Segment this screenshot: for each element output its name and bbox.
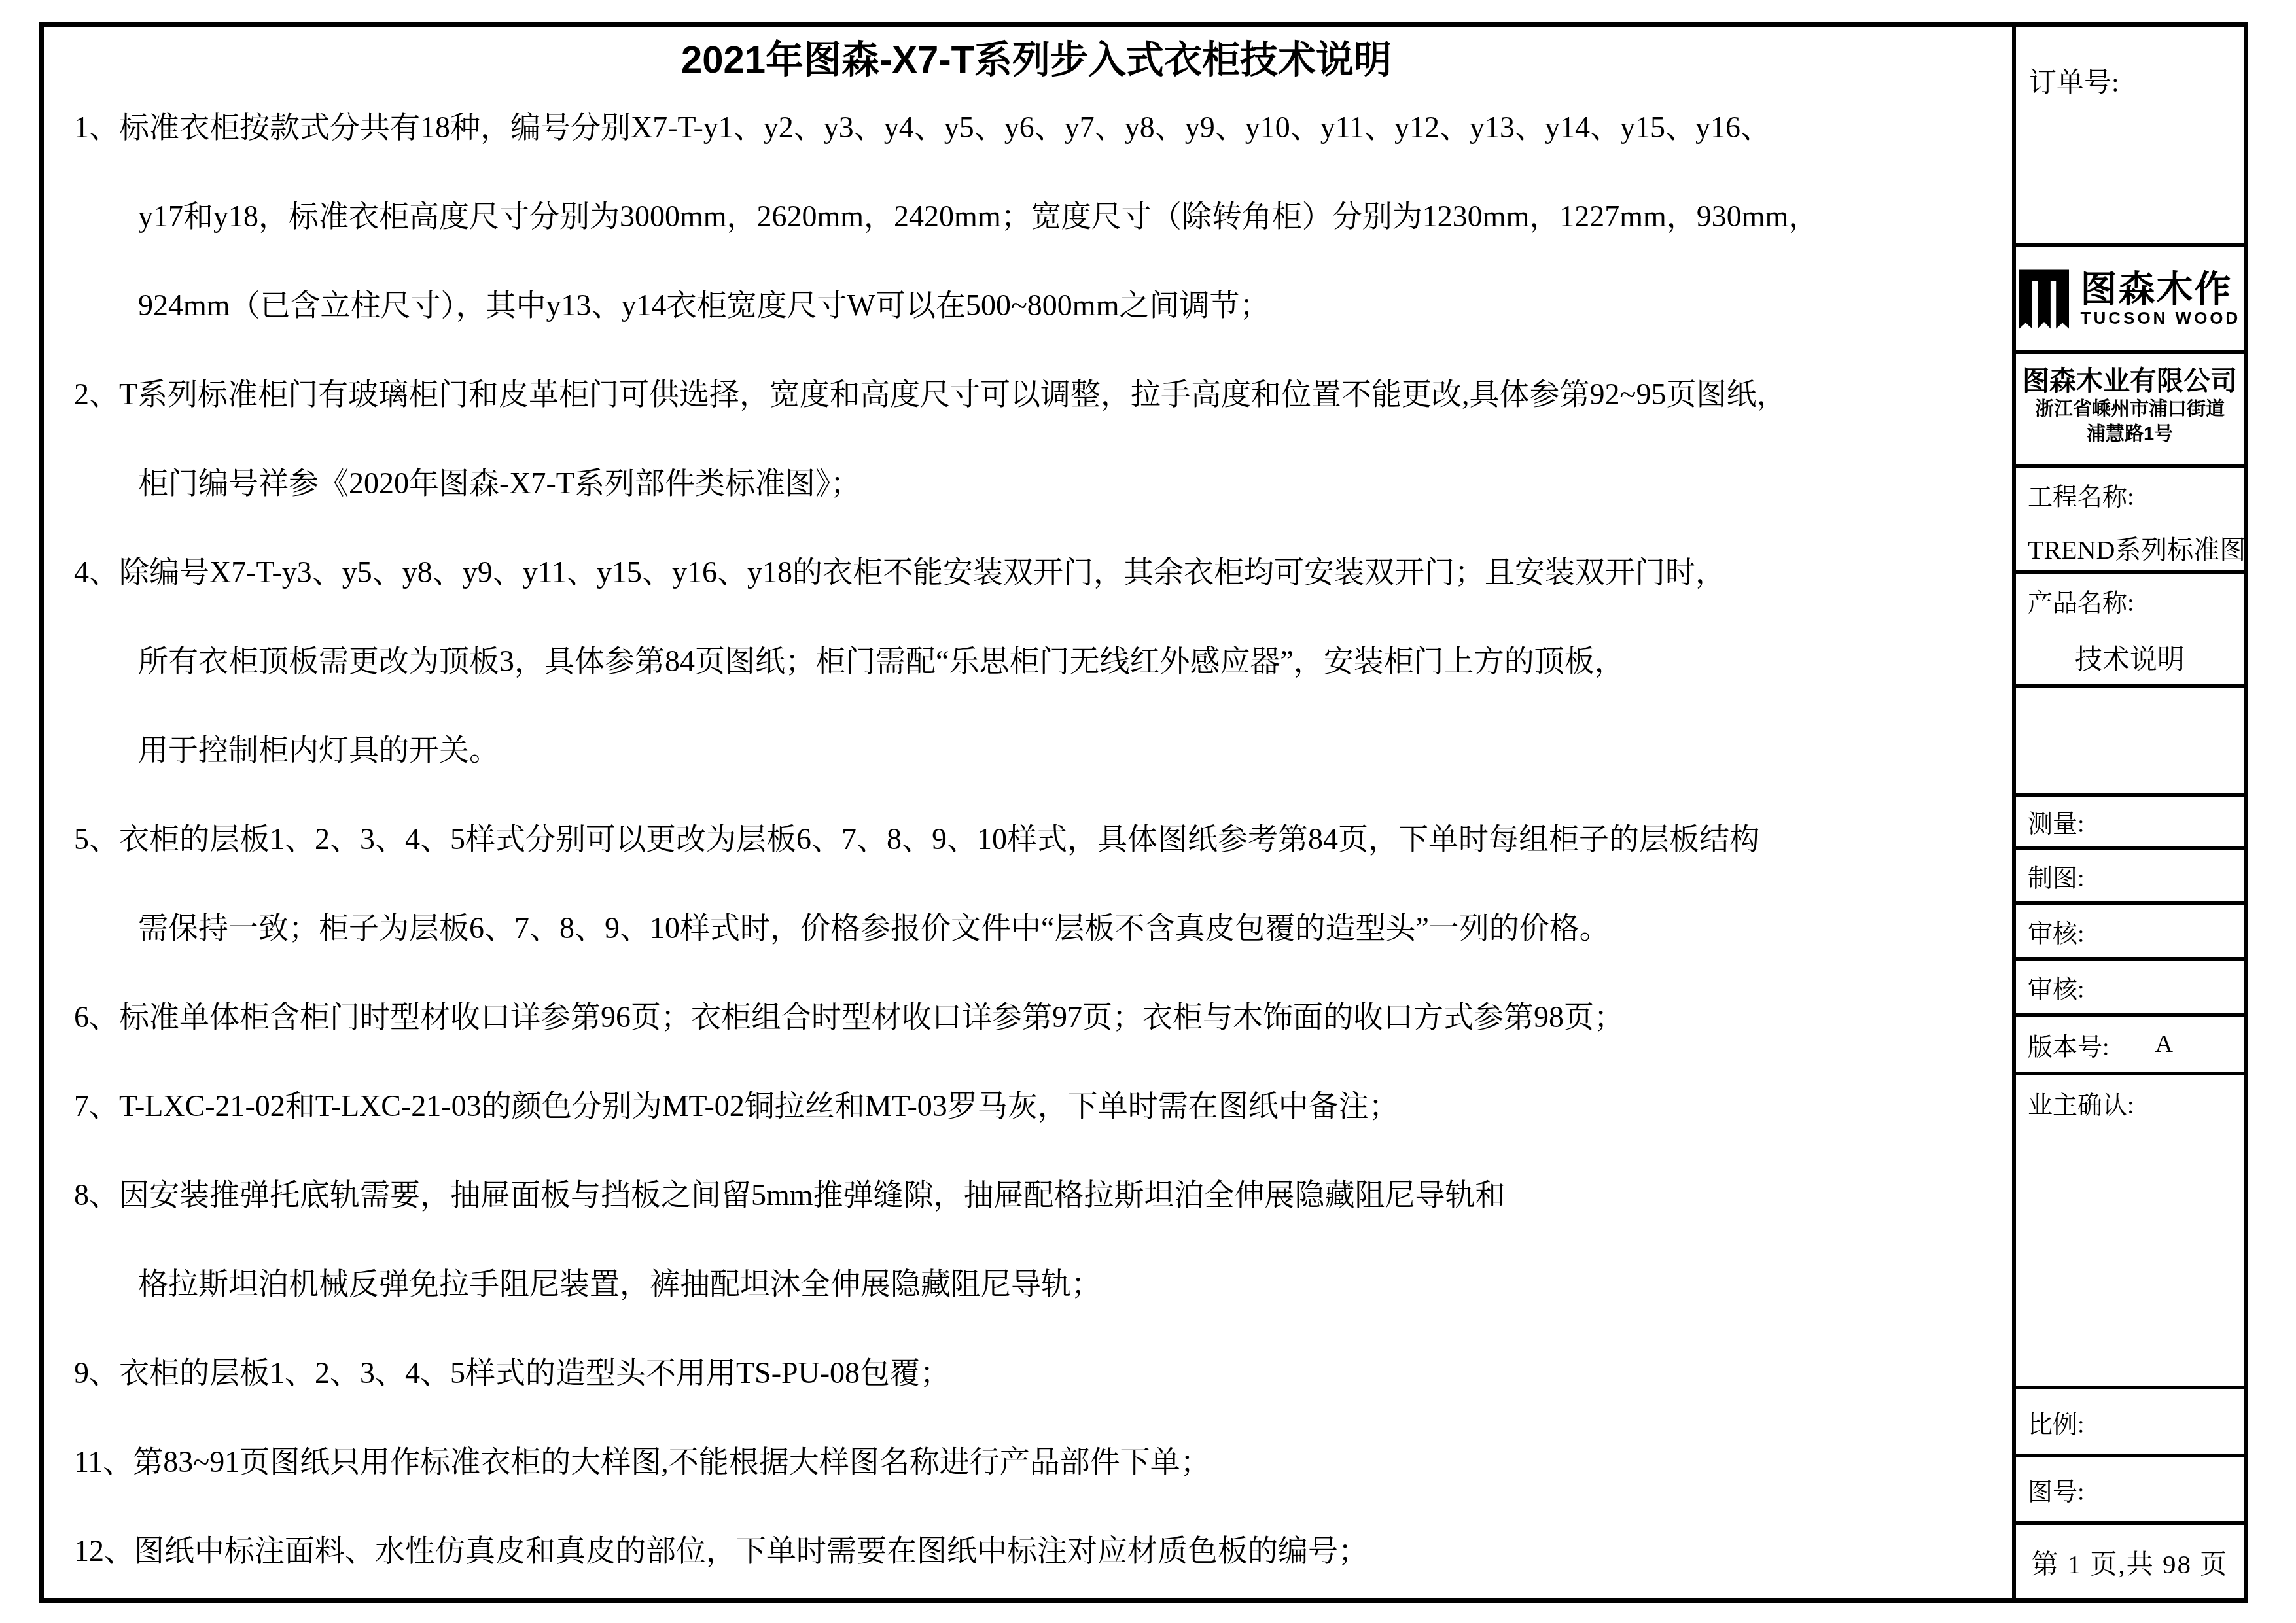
note-8-line-1: 8、因安装推弹托底轨需要，抽屉面板与挡板之间留5mm推弹缝隙，抽屉配格拉斯坦泊全… — [66, 1151, 2007, 1240]
logo-name-en: TUCSON WOOD — [2081, 308, 2241, 328]
logo-name-cn: 图森木作 — [2081, 270, 2233, 308]
note-7-line-1: 7、T-LXC-21-02和T-LXC-21-03的颜色分别为MT-02铜拉丝和… — [66, 1062, 2007, 1151]
review-cell-1: 审核: — [2016, 901, 2244, 957]
company-name: 图森木业有限公司 — [2016, 364, 2244, 397]
note-5-line-2: 需保持一致；柜子为层板6、7、8、9、10样式时，价格参报价文件中“层板不含真皮… — [66, 884, 2007, 973]
company-cell: 图森木业有限公司 浙江省嵊州市浦口街道 浦慧路1号 — [2016, 350, 2244, 464]
spare-cell — [2016, 684, 2244, 793]
scale-cell: 比例: — [2016, 1386, 2244, 1454]
note-6-line-1: 6、标准单体柜含柜门时型材收口详参第96页；衣柜组合时型材收口详参第97页；衣柜… — [66, 973, 2007, 1062]
version-label: 版本号: — [2028, 1026, 2110, 1062]
draft-label: 制图: — [2028, 858, 2085, 894]
review-label-2: 审核: — [2028, 969, 2085, 1005]
note-9-line-1: 9、衣柜的层板1、2、3、4、5样式的造型头不用用TS-PU-08包覆； — [66, 1329, 2007, 1418]
note-8-line-2: 格拉斯坦泊机械反弹免拉手阻尼装置，裤抽配坦沐全伸展隐藏阻尼导轨； — [66, 1240, 2007, 1329]
logo-cell: 图森木作 TUCSON WOOD — [2016, 243, 2244, 350]
review-cell-2: 审核: — [2016, 957, 2244, 1013]
note-12-line-1: 12、图纸中标注面料、水性仿真皮和真皮的部位，下单时需要在图纸中标注对应材质色板… — [66, 1507, 2007, 1596]
product-name-cell: 产品名称: 技术说明 — [2016, 570, 2244, 684]
drawing-sheet: 2021年图森-X7-T系列步入式衣柜技术说明 1、标准衣柜按款式分共有18种，… — [0, 0, 2296, 1623]
page-info: 第 1 页,共 98 页 — [2032, 1543, 2229, 1581]
draft-cell: 制图: — [2016, 846, 2244, 901]
note-1-line-3: 924mm（已含立柱尺寸），其中y13、y14衣柜宽度尺寸W可以在500~800… — [66, 261, 2007, 350]
drawing-no-label: 图号: — [2028, 1471, 2085, 1507]
owner-confirm-cell: 业主确认: — [2016, 1072, 2244, 1386]
measure-cell: 测量: — [2016, 793, 2244, 846]
note-4-line-3: 用于控制柜内灯具的开关。 — [66, 706, 2007, 795]
note-2-line-1: 2、T系列标准柜门有玻璃柜门和皮革柜门可供选择，宽度和高度尺寸可以调整，拉手高度… — [66, 350, 2007, 439]
title-block: 订单号: 图森木作 TUCSON WOOD 图森木业有限公司 浙江省嵊州市浦口街… — [2012, 27, 2244, 1598]
note-2-line-2: 柜门编号祥参《2020年图森-X7-T系列部件类标准图》； — [66, 439, 2007, 528]
order-no-cell: 订单号: — [2016, 27, 2244, 243]
page-title: 2021年图森-X7-T系列步入式衣柜技术说明 — [66, 37, 2007, 83]
note-1-line-1: 1、标准衣柜按款式分共有18种，编号分别X7-T-y1、y2、y3、y4、y5、… — [66, 83, 2007, 172]
note-4-line-1: 4、除编号X7-T-y3、y5、y8、y9、y11、y15、y16、y18的衣柜… — [66, 528, 2007, 617]
project-name-label: 工程名称: — [2028, 476, 2244, 512]
company-address-line-1: 浙江省嵊州市浦口街道 — [2016, 397, 2244, 422]
drawing-no-cell: 图号: — [2016, 1454, 2244, 1521]
product-name-value: 技术说明 — [2028, 638, 2244, 677]
project-name-cell: 工程名称: TREND系列标准图 — [2016, 464, 2244, 570]
tucson-logo-mark-icon — [2019, 268, 2069, 330]
drawing-frame: 2021年图森-X7-T系列步入式衣柜技术说明 1、标准衣柜按款式分共有18种，… — [39, 22, 2248, 1603]
product-name-label: 产品名称: — [2028, 582, 2244, 618]
order-no-label: 订单号: — [2029, 68, 2119, 98]
scale-label: 比例: — [2028, 1404, 2085, 1440]
version-cell: 版本号: A — [2016, 1013, 2244, 1072]
company-address-line-2: 浦慧路1号 — [2016, 422, 2244, 447]
notes-area: 2021年图森-X7-T系列步入式衣柜技术说明 1、标准衣柜按款式分共有18种，… — [44, 27, 2012, 1598]
version-value: A — [2155, 1030, 2173, 1058]
owner-confirm-label: 业主确认: — [2028, 1092, 2134, 1119]
notes-list: 1、标准衣柜按款式分共有18种，编号分别X7-T-y1、y2、y3、y4、y5、… — [66, 83, 2007, 1596]
logo-text: 图森木作 TUCSON WOOD — [2081, 270, 2241, 328]
project-name-value: TREND系列标准图 — [2028, 529, 2244, 567]
page-number-cell: 第 1 页,共 98 页 — [2016, 1521, 2244, 1598]
note-1-line-2: y17和y18，标准衣柜高度尺寸分别为3000mm，2620mm，2420mm；… — [66, 172, 2007, 261]
review-label-1: 审核: — [2028, 913, 2085, 949]
note-11-line-1: 11、第83~91页图纸只用作标准衣柜的大样图,不能根据大样图名称进行产品部件下… — [66, 1418, 2007, 1507]
note-5-line-1: 5、衣柜的层板1、2、3、4、5样式分别可以更改为层板6、7、8、9、10样式，… — [66, 795, 2007, 884]
measure-label: 测量: — [2028, 803, 2085, 839]
note-4-line-2: 所有衣柜顶板需更改为顶板3，具体参第84页图纸；柜门需配“乐思柜门无线红外感应器… — [66, 617, 2007, 706]
